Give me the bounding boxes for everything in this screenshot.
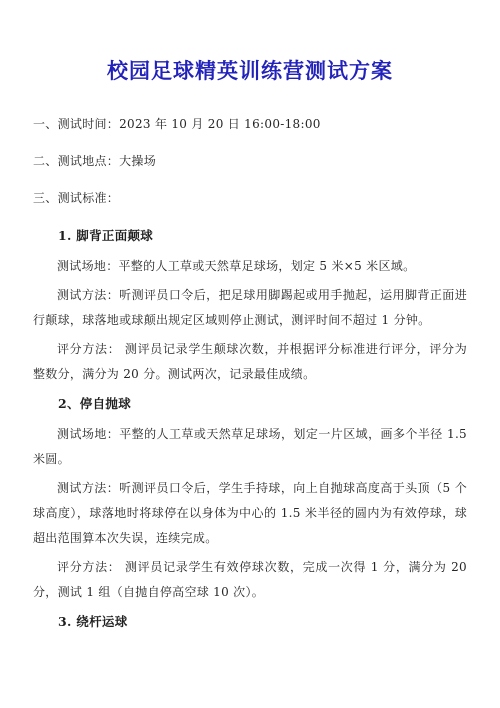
section-heading-foot-juggling: 1. 脚背正面颠球 xyxy=(33,223,467,248)
meta-line-test-location: 二、测试地点：大操场 xyxy=(33,149,467,174)
section-paragraph-method: 测试方法：听测评员口令后，把足球用脚踢起或用手抛起，运用脚背正面进行颠球，球落地… xyxy=(33,283,467,333)
section-paragraph-scoring: 评分方法： 测评员记录学生颠球次数，并根据评分标准进行评分，评分为整数分，满分为… xyxy=(33,337,467,387)
meta-line-test-time: 一、测试时间：2023 年 10 月 20 日 16:00-18:00 xyxy=(33,112,467,137)
document-title: 校园足球精英训练营测试方案 xyxy=(33,56,467,86)
meta-line-test-standards: 三、测试标准： xyxy=(33,186,467,211)
section-paragraph-venue: 测试场地：平整的人工草或天然草足球场，划定 5 米×5 米区域。 xyxy=(33,254,467,279)
section-heading-self-toss-stop: 2、停自抛球 xyxy=(33,391,467,416)
section-self-toss-stop: 2、停自抛球 测试场地：平整的人工草或天然草足球场，划定一片区域，画多个半径 1… xyxy=(33,391,467,605)
section-paragraph-venue: 测试场地：平整的人工草或天然草足球场，划定一片区域，画多个半径 1.5 米圆。 xyxy=(33,422,467,472)
section-heading-pole-dribbling: 3. 绕杆运球 xyxy=(33,609,467,634)
document-page: 校园足球精英训练营测试方案 一、测试时间：2023 年 10 月 20 日 16… xyxy=(0,0,500,708)
section-pole-dribbling: 3. 绕杆运球 xyxy=(33,609,467,634)
section-foot-juggling: 1. 脚背正面颠球 测试场地：平整的人工草或天然草足球场，划定 5 米×5 米区… xyxy=(33,223,467,387)
section-paragraph-scoring: 评分方法： 测评员记录学生有效停球次数，完成一次得 1 分，满分为 20 分，测… xyxy=(33,555,467,605)
section-paragraph-method: 测试方法：听测评员口令后，学生手持球，向上自抛球高度高于头顶（5 个球高度），球… xyxy=(33,476,467,551)
